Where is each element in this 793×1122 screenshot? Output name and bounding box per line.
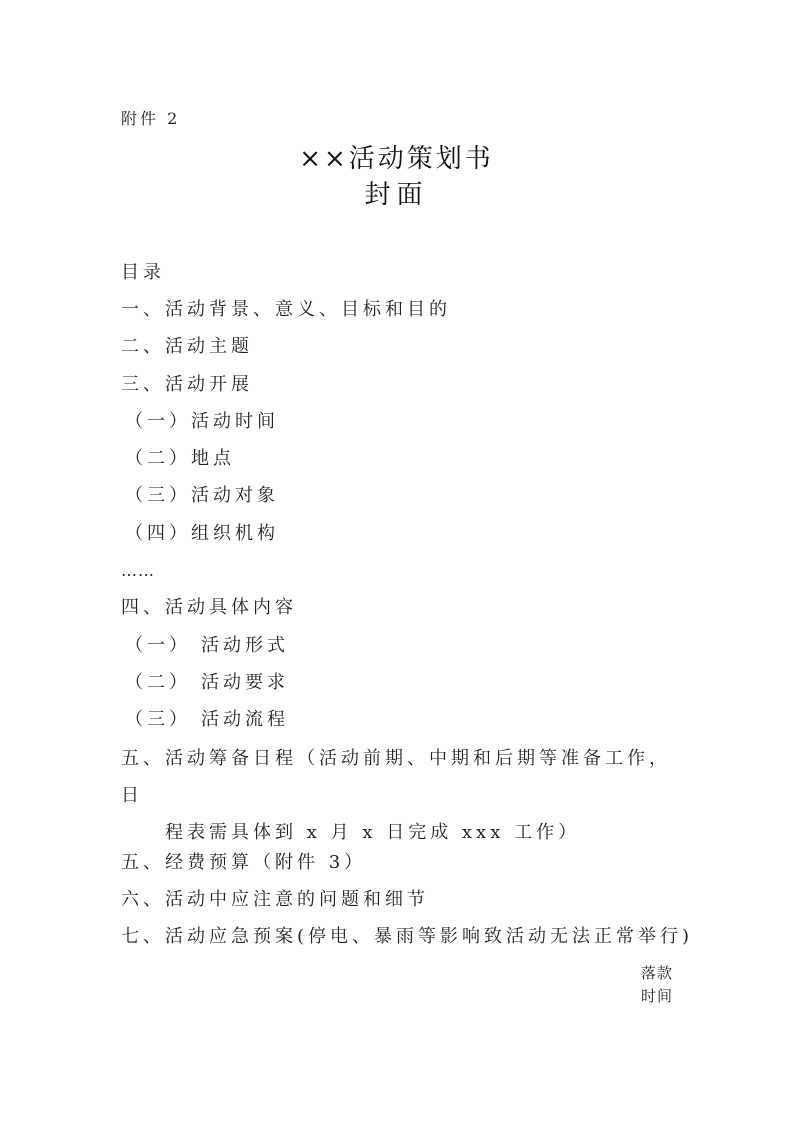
- toc-item-precautions: 六、活动中应注意的问题和细节: [121, 888, 681, 925]
- toc-subitem-location: （二）地点: [121, 447, 681, 484]
- table-of-contents: 目录 一、活动背景、意义、目标和目的 二、活动主题 三、活动开展 （一）活动时间…: [121, 261, 681, 962]
- toc-subitem-number: （一）: [125, 411, 191, 432]
- date-label: 时间: [641, 985, 673, 1008]
- toc-subitem-label: 地点: [191, 448, 235, 469]
- document-page: 附件 2 ××活动策划书 封面 目录 一、活动背景、意义、目标和目的 二、活动主…: [0, 0, 793, 1122]
- toc-heading: 目录: [121, 261, 681, 298]
- toc-item-content: 四、活动具体内容: [121, 596, 681, 633]
- toc-subitem-number: （三）: [125, 485, 191, 506]
- toc-ellipsis: ……: [121, 559, 681, 596]
- toc-subitem-label: 活动形式: [201, 635, 289, 656]
- document-subtitle: 封面: [0, 178, 793, 212]
- toc-subitem-number: （二）: [125, 448, 191, 469]
- toc-item-label: 五、活动筹备日程（活动前期、中期和后期等准备工作，日: [121, 748, 671, 806]
- toc-subitem-label: 活动时间: [191, 411, 279, 432]
- toc-subitem-label: 活动对象: [191, 485, 279, 506]
- toc-subitem-organization: （四）组织机构: [121, 522, 681, 559]
- toc-item-theme: 二、活动主题: [121, 335, 681, 372]
- toc-subitem-time: （一）活动时间: [121, 410, 681, 447]
- toc-subitem-requirements: （二）活动要求: [121, 671, 681, 708]
- toc-subitem-label: 活动要求: [201, 672, 289, 693]
- toc-item-budget: 五、经费预算（附件 3）: [121, 851, 681, 888]
- toc-subitem-audience: （三）活动对象: [121, 484, 681, 521]
- toc-subitem-format: （一）活动形式: [121, 634, 681, 671]
- toc-subitem-number: （四）: [125, 523, 191, 544]
- attachment-label: 附件 2: [121, 106, 180, 129]
- toc-subitem-number: （三）: [125, 709, 191, 730]
- toc-subitem-number: （一）: [125, 635, 191, 656]
- toc-item-background: 一、活动背景、意义、目标和目的: [121, 298, 681, 335]
- document-title: ××活动策划书: [0, 142, 793, 176]
- toc-subitem-number: （二）: [125, 672, 191, 693]
- toc-item-preparation-schedule: 五、活动筹备日程（活动前期、中期和后期等准备工作，日 程表需具体到 x 月 x …: [121, 740, 681, 851]
- signature-block: 落款 时间: [641, 962, 673, 1008]
- toc-subitem-label: 活动流程: [201, 709, 289, 730]
- toc-item-emergency-plan: 七、活动应急预案(停电、暴雨等影响致活动无法正常举行): [121, 925, 681, 962]
- signature-label: 落款: [641, 962, 673, 985]
- toc-subitem-label: 组织机构: [191, 523, 279, 544]
- toc-item-continuation: 程表需具体到 x 月 x 日完成 xxx 工作）: [121, 814, 681, 851]
- toc-item-execution: 三、活动开展: [121, 373, 681, 410]
